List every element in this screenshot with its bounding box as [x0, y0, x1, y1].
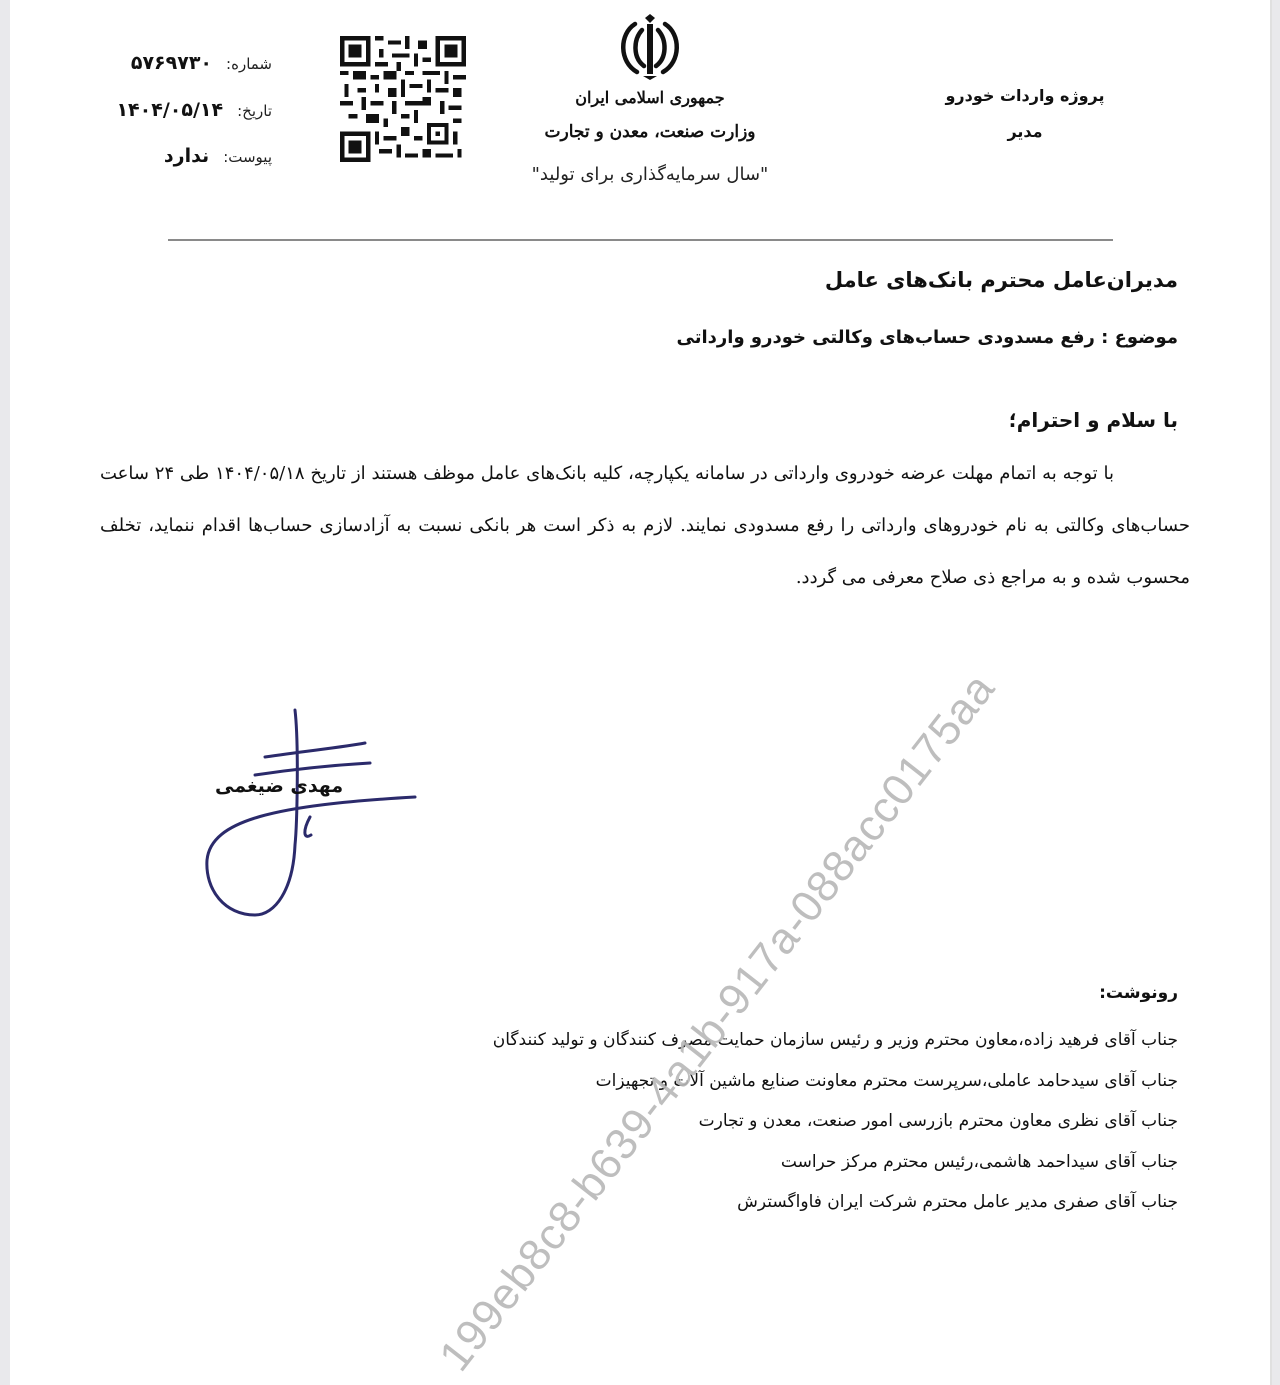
header-divider — [168, 239, 1113, 241]
greeting: با سلام و احترام؛ — [1009, 408, 1178, 432]
letter-date: تاریخ: ۱۴۰۴/۰۵/۱۴ — [116, 99, 272, 121]
ministry-line-1: جمهوری اسلامی ایران — [530, 88, 770, 107]
qr-code — [340, 36, 466, 162]
letter-attachment: پیوست: ندارد — [164, 145, 272, 167]
date-label: تاریخ: — [237, 102, 272, 120]
number-value: ۵۷۶۹۷۳۰ — [131, 52, 212, 74]
cc-recipient: جناب آقای سیدحامد عاملی،سرپرست محترم معا… — [493, 1061, 1178, 1102]
letter-body: با توجه به اتمام مهلت عرضه خودروی واردات… — [100, 448, 1190, 604]
cc-title: رونوشت: — [1099, 983, 1178, 1003]
iran-emblem-icon — [615, 14, 685, 80]
addressee: مدیران‌عامل محترم بانک‌های عامل — [825, 268, 1178, 292]
cc-recipient: جناب آقای فرهید زاده،معاون محترم وزیر و … — [493, 1020, 1178, 1061]
subject: موضوع : رفع مسدودی حساب‌های وکالتی خودرو… — [677, 327, 1178, 348]
date-value: ۱۴۰۴/۰۵/۱۴ — [116, 99, 223, 121]
ministry-line-2: وزارت صنعت، معدن و تجارت — [530, 122, 770, 142]
letter-page: شماره: ۵۷۶۹۷۳۰ تاریخ: ۱۴۰۴/۰۵/۱۴ پیوست: … — [10, 0, 1272, 1385]
letter-number: شماره: ۵۷۶۹۷۳۰ — [131, 52, 272, 74]
attachment-value: ندارد — [164, 145, 209, 167]
project-title: پروژه واردات خودرو — [930, 86, 1120, 105]
cc-recipient: جناب آقای نظری معاون محترم بازرسی امور ص… — [493, 1101, 1178, 1142]
slogan: "سال سرمایه‌گذاری برای تولید" — [490, 164, 810, 185]
project-role: مدیر — [930, 122, 1120, 141]
attachment-label: پیوست: — [223, 148, 272, 166]
number-label: شماره: — [226, 55, 272, 73]
signature-icon — [185, 705, 425, 930]
signer-name: مهدی ضیغمی — [215, 775, 343, 797]
